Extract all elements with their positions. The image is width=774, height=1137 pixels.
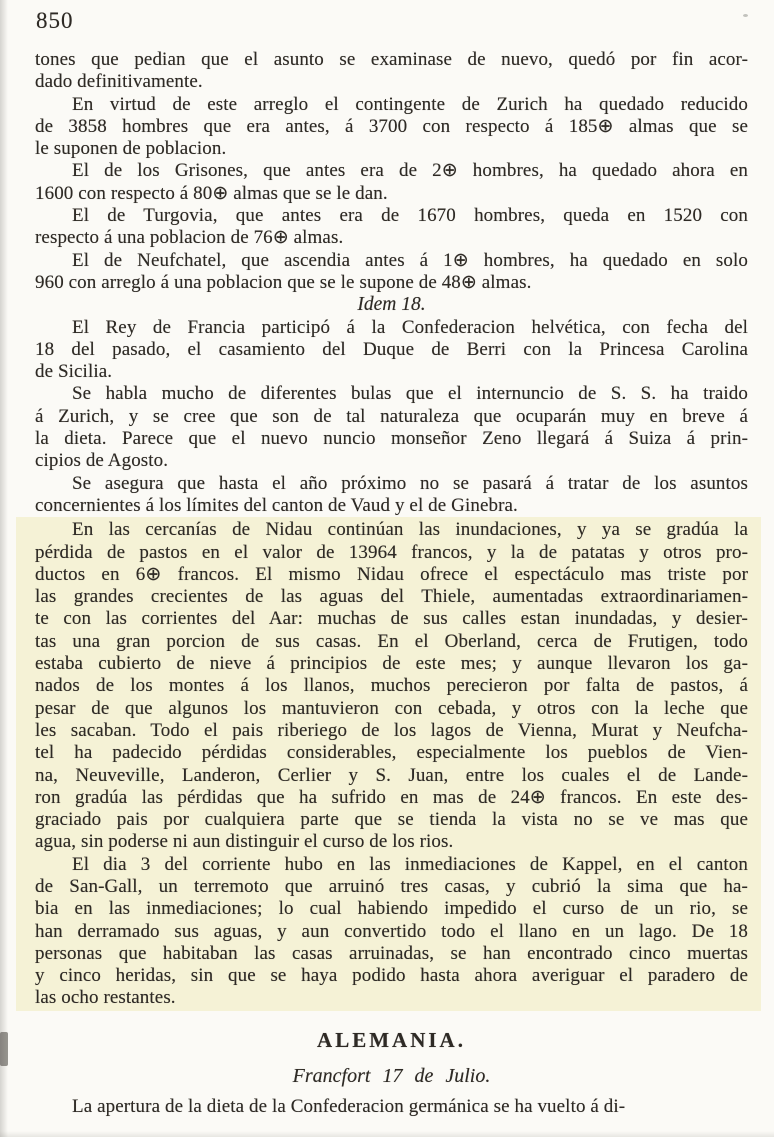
paragraph: El de Neufchatel, que ascendia antes á 1… — [35, 250, 748, 295]
alemania-heading: ALEMANIA. — [35, 1028, 748, 1052]
page-number: 850 — [36, 8, 74, 34]
scan-smudge-artifact — [0, 1032, 8, 1066]
text-line: tel ha padecido pérdidas considerables, … — [35, 742, 748, 764]
text-line: En virtud de este arreglo el contingente… — [35, 94, 748, 116]
text-line: pérdida de pastos en el valor de 13964 f… — [35, 542, 748, 564]
text-line: á Zurich, y se cree que son de tal natur… — [35, 406, 748, 428]
text-line: cipios de Agosto. — [35, 450, 748, 472]
scan-edge-artifact — [0, 0, 8, 1137]
text-line: El de Turgovia, que antes era de 1670 ho… — [35, 205, 748, 227]
scanned-document-page: 850 tones que pedian que el asunto se ex… — [0, 0, 774, 1137]
text-line: nados de los montes á los llanos, muchos… — [35, 675, 748, 697]
text-line: El de Neufchatel, que ascendia antes á 1… — [35, 250, 748, 272]
text-line: dado definitivamente. — [35, 71, 748, 93]
text-line: han derramado sus aguas, y aun convertid… — [35, 921, 748, 943]
text-column: tones que pedian que el asunto se examin… — [35, 49, 748, 1118]
text-line: La apertura de la dieta de la Confederac… — [35, 1096, 748, 1118]
paragraph: El de Turgovia, que antes era de 1670 ho… — [35, 205, 748, 250]
text-line: 1600 con respecto á 80⊕ almas que se le … — [35, 183, 748, 205]
text-line: El Rey de Francia participó á la Confede… — [35, 317, 748, 339]
text-line: na, Neuveville, Landeron, Cerlier y S. J… — [35, 765, 748, 787]
scan-speck-artifact — [743, 14, 748, 17]
paragraph: Se asegura que hasta el año próximo no s… — [35, 473, 748, 518]
text-line: concernientes á los límites del canton d… — [35, 495, 748, 517]
scan-edge-artifact — [0, 1131, 774, 1137]
text-line: de San-Gall, un terremoto que arruinó tr… — [35, 876, 748, 898]
text-line: ron gradúa las pérdidas que ha sufrido e… — [35, 787, 748, 809]
paragraph: tones que pedian que el asunto se examin… — [35, 49, 748, 94]
paragraph: La apertura de la dieta de la Confederac… — [35, 1096, 748, 1118]
text-line: ductos en 6⊕ francos. El mismo Nidau ofr… — [35, 564, 748, 586]
paragraph: En virtud de este arreglo el contingente… — [35, 94, 748, 161]
paragraph: En las cercanías de Nidau continúan las … — [35, 519, 748, 853]
text-line: bia en las inmediaciones; lo cual habien… — [35, 898, 748, 920]
text-line: agua, sin poderse ni aun distinguir el c… — [35, 831, 748, 853]
text-section: ALEMANIA.Francfort 17 de Julio.La apertu… — [35, 1028, 748, 1119]
text-line: le suponen de poblacion. — [35, 138, 748, 160]
text-line: personas que habitaban las casas arruina… — [35, 943, 748, 965]
text-line: las ocho restantes. — [35, 987, 748, 1009]
paragraph: El Rey de Francia participó á la Confede… — [35, 317, 748, 384]
text-section: tones que pedian que el asunto se examin… — [35, 49, 748, 517]
text-line: respecto á una poblacion de 76⊕ almas. — [35, 227, 748, 249]
text-line: las grandes crecientes de las aguas del … — [35, 586, 748, 608]
text-line: 960 con arreglo á una poblacion que se l… — [35, 272, 748, 294]
dateline-heading: Francfort 17 de Julio. — [35, 1065, 748, 1087]
text-line: de 3858 hombres que era antes, á 3700 co… — [35, 116, 748, 138]
text-line: te con las corrientes del Aar: muchas de… — [35, 608, 748, 630]
text-line: pesar de que algunos los mantuvieron con… — [35, 698, 748, 720]
paragraph: Se habla mucho de diferentes bulas que e… — [35, 383, 748, 472]
text-line: y cinco heridas, sin que se haya podido … — [35, 965, 748, 987]
text-line: Se asegura que hasta el año próximo no s… — [35, 473, 748, 495]
paragraph: El dia 3 del corriente hubo en las inmed… — [35, 854, 748, 1010]
text-line: El dia 3 del corriente hubo en las inmed… — [35, 854, 748, 876]
text-line: les sacaban. Todo el pais riberiego de l… — [35, 720, 748, 742]
idem-heading: Idem 18. — [35, 294, 748, 316]
text-line: de Sicilia. — [35, 361, 748, 383]
text-line: graciado pais por cualquiera parte que s… — [35, 809, 748, 831]
text-line: tones que pedian que el asunto se examin… — [35, 49, 748, 71]
text-line: la dieta. Parece que el nuevo nuncio mon… — [35, 428, 748, 450]
paragraph: El de los Grisones, que antes era de 2⊕ … — [35, 160, 748, 205]
text-line: 18 del pasado, el casamiento del Duque d… — [35, 339, 748, 361]
text-line: estaba cubierto de nieve á principios de… — [35, 653, 748, 675]
text-line: tas una gran porcion de sus casas. En el… — [35, 631, 748, 653]
highlighted-passage: En las cercanías de Nidau continúan las … — [16, 517, 761, 1011]
text-line: Se habla mucho de diferentes bulas que e… — [35, 383, 748, 405]
text-line: En las cercanías de Nidau continúan las … — [35, 519, 748, 541]
text-line: El de los Grisones, que antes era de 2⊕ … — [35, 160, 748, 182]
